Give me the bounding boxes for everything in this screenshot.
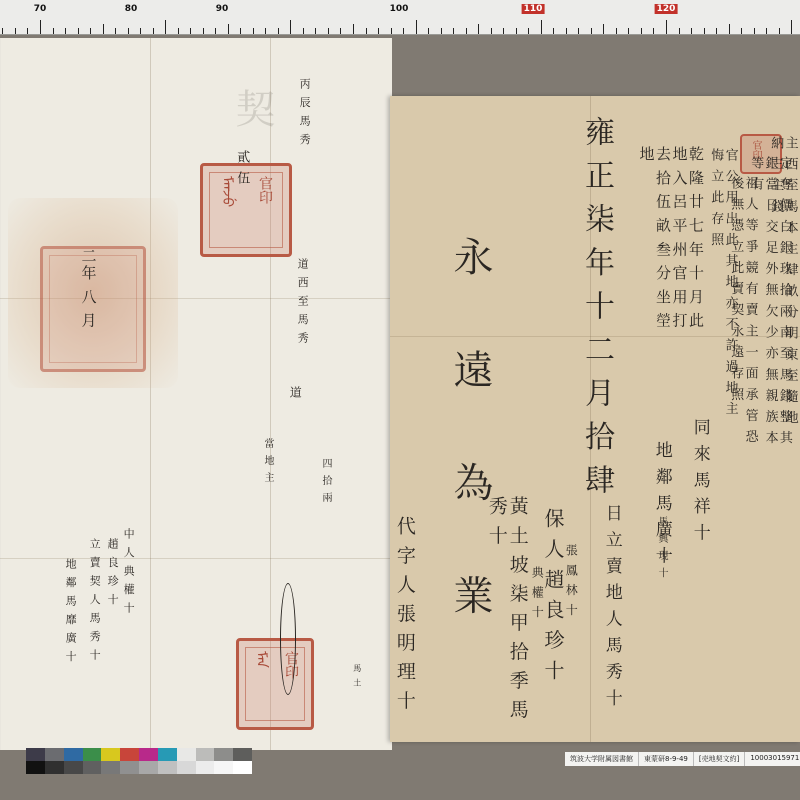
guarantor-line: 張 鳳 林 十 (564, 544, 577, 617)
ruler-tick (528, 28, 529, 34)
color-swatch (26, 761, 45, 774)
measurement-ruler: 708090100110120 (0, 0, 800, 35)
ruler-tick (366, 28, 367, 34)
ruler-tick (215, 28, 216, 34)
ruler-tick (566, 28, 567, 34)
contract-date-title: 雍 正 柒 年 十 二 月 拾 肆 (580, 116, 613, 496)
red-seal-bottom: ᠮᠠᠨ 官印 (236, 638, 314, 730)
color-swatch (45, 761, 64, 774)
left-contract-document: 契 ᠮᠠᠨᠵᡠ 官印 ᠮᠠᠨ 官印 二年 八 月 貳 伍 丙 辰 馬 秀 道 西… (0, 38, 392, 750)
ruler-tick (679, 28, 680, 34)
color-swatch (177, 748, 196, 761)
ruler-tick (653, 28, 654, 34)
ruler-tick (153, 28, 154, 34)
color-swatch (64, 761, 83, 774)
ruler-tick (203, 28, 204, 34)
form-column-5: 四 拾 兩 (320, 458, 331, 504)
color-swatch (26, 748, 45, 761)
ruler-label: 110 (522, 4, 545, 14)
ruler-tick (441, 28, 442, 34)
ruler-tick (666, 20, 667, 34)
ruler-tick (616, 28, 617, 34)
ruler-tick (403, 28, 404, 34)
color-swatch (233, 761, 252, 774)
ruler-tick (466, 28, 467, 34)
signer-line: 中 人 典 權 十 (122, 528, 134, 615)
color-swatch (120, 761, 139, 774)
ruler-tick (779, 28, 780, 34)
ruler-label: 90 (216, 4, 229, 14)
color-swatch (196, 748, 215, 761)
ruler-tick (65, 28, 66, 34)
ruler-tick (27, 28, 28, 34)
ruler-label: 100 (390, 4, 409, 14)
ruler-tick (78, 28, 79, 34)
witness-line: 黃 土 坡 柒 甲 拾 季 馬 秀 十 (486, 496, 528, 742)
footnote: 馬 土 (352, 664, 361, 689)
ruler-tick (140, 28, 141, 34)
right-contract-document: 官印 雍 正 柒 年 十 二 月 拾 肆 乾 隆 廿 七 年 十 月 此 地 入… (390, 96, 800, 742)
call-number: 東蒙研8-9-49 (639, 752, 694, 766)
ruler-tick (391, 28, 392, 34)
color-swatch (64, 748, 83, 761)
ruler-tick (128, 28, 129, 34)
color-calibration-chart (26, 748, 252, 774)
color-swatch (45, 748, 64, 761)
ruler-tick (516, 28, 517, 34)
ruler-tick (240, 28, 241, 34)
ruler-tick (428, 28, 429, 34)
color-swatch (139, 761, 158, 774)
ruler-tick (178, 28, 179, 34)
ruler-tick (340, 28, 341, 34)
ruler-tick (591, 28, 592, 34)
institution-name: 筑波大学附属図書館 (565, 752, 639, 766)
color-swatch (158, 761, 177, 774)
ruler-tick (15, 28, 16, 34)
guarantor-line: 保 人 趙 良 珍 十 (542, 508, 564, 682)
color-swatch (196, 761, 215, 774)
color-swatch (233, 748, 252, 761)
fold-line (150, 38, 151, 750)
signer-line: 立 賣 契 人 馬 秀 十 (88, 538, 100, 662)
ruler-tick (416, 20, 417, 34)
body-column: 官 公 用 出 此 其 地 亦 不 許 過 地 主 悔 立 此 存 照 (708, 148, 737, 428)
ruler-tick (103, 24, 104, 34)
form-column-4: 當 地 主 (262, 438, 273, 484)
form-column-2: 道 西 至 馬 秀 (296, 258, 308, 345)
ruler-label: 80 (125, 4, 138, 14)
ruler-tick (754, 28, 755, 34)
scribe-line: 代 字 人 張 明 理 十 (394, 516, 415, 711)
color-swatch (83, 748, 102, 761)
ruler-tick (278, 28, 279, 34)
ruler-tick (766, 28, 767, 34)
guarantor-line: 典 權 十 (530, 566, 543, 620)
ruler-tick (253, 28, 254, 34)
ruler-tick (628, 28, 629, 34)
ruler-tick (578, 28, 579, 34)
form-column-3: 道 (288, 386, 301, 400)
ruler-tick (791, 20, 792, 34)
ruler-tick (228, 24, 229, 34)
date-line: 二年 八 月 (80, 248, 97, 330)
faint-header-char: 契 (230, 88, 274, 130)
color-swatch (139, 748, 158, 761)
color-swatch (83, 761, 102, 774)
color-swatch (158, 748, 177, 761)
signer-line: 趙 良 珍 十 (106, 538, 118, 607)
ruler-tick (541, 20, 542, 34)
ruler-tick (741, 28, 742, 34)
ruler-tick (691, 28, 692, 34)
color-swatch (101, 761, 120, 774)
ruler-tick (729, 24, 730, 34)
ruler-tick (265, 28, 266, 34)
ruler-tick (190, 28, 191, 34)
ruler-tick (503, 28, 504, 34)
ruler-tick (290, 20, 291, 34)
color-swatch (177, 761, 196, 774)
ruler-tick (353, 24, 354, 34)
ruler-label: 70 (34, 4, 47, 14)
seller-line: 日 立 賣 地 人 馬 秀 十 (602, 504, 621, 708)
item-id: 10003015971 (745, 752, 800, 766)
ruler-tick (328, 28, 329, 34)
signer-right: 同 來 馬 祥 十 (690, 418, 709, 543)
ruler-tick (704, 28, 705, 34)
ruler-tick (453, 28, 454, 34)
ruler-tick (303, 28, 304, 34)
form-column-1: 丙 辰 馬 秀 (298, 78, 310, 147)
amount-line: 貳 伍 (234, 150, 248, 186)
ruler-tick (115, 28, 116, 34)
color-swatch (214, 748, 233, 761)
ruler-tick (491, 28, 492, 34)
ruler-tick (165, 20, 166, 34)
color-swatch (101, 748, 120, 761)
ruler-tick (40, 20, 41, 34)
ruler-tick (716, 28, 717, 34)
ruler-tick (553, 28, 554, 34)
ruler-tick (90, 28, 91, 34)
fold-line (0, 558, 392, 559)
signer-right: 馬 興 現 十 (656, 516, 667, 580)
ruler-tick (53, 28, 54, 34)
ruler-label: 120 (655, 4, 678, 14)
ruler-tick (315, 28, 316, 34)
document-title: [売地契文約] (694, 752, 745, 766)
color-swatch (214, 761, 233, 774)
ruler-tick (603, 24, 604, 34)
ruler-tick (641, 28, 642, 34)
signer-line: 地 鄰 馬 靡 廣 十 (64, 558, 76, 663)
color-swatch (120, 748, 139, 761)
ruler-tick (2, 28, 3, 34)
ruler-tick (378, 28, 379, 34)
ink-mark (280, 583, 296, 695)
ruler-tick (478, 24, 479, 34)
annotation-column: 乾 隆 廿 七 年 十 月 此 地 入 呂 平 州 官 用 打 去 拾 伍 畝 … (638, 146, 704, 346)
catalog-label: 筑波大学附属図書館 東蒙研8-9-49 [売地契文約] 10003015971 (565, 752, 800, 766)
